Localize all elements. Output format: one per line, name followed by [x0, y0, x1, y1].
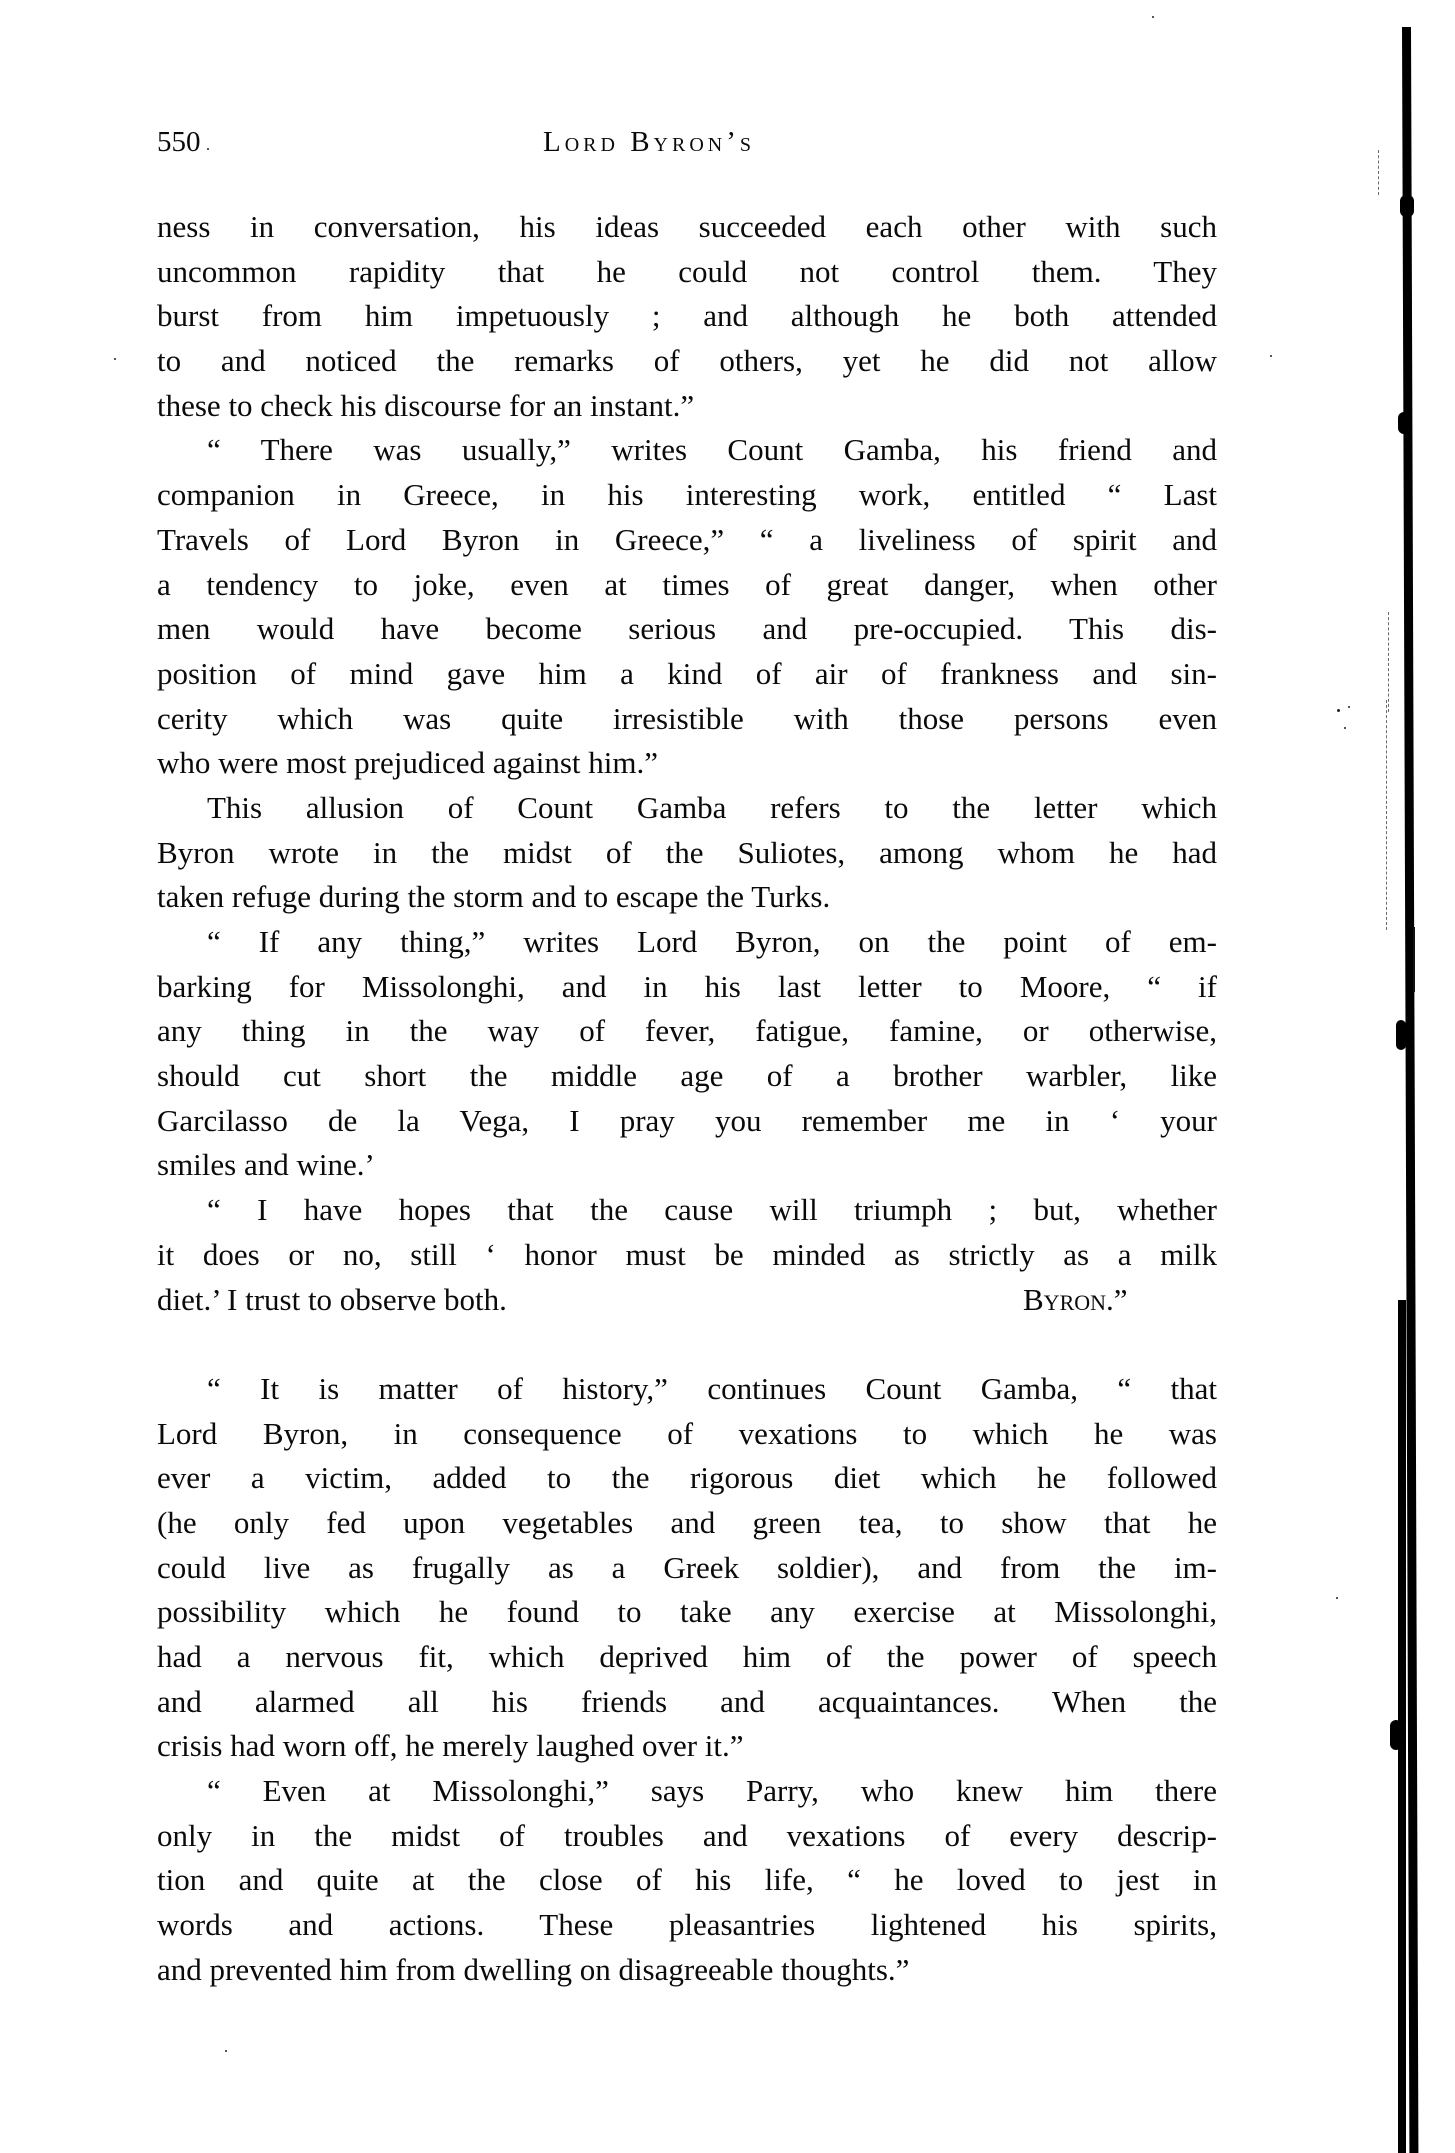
- text-line: could live as frugally as a Greek soldie…: [157, 1546, 1217, 1591]
- text-line: “ Even at Missolonghi,” says Parry, who …: [157, 1769, 1217, 1814]
- scan-mark: [1413, 927, 1416, 992]
- text-line: “ It is matter of history,” continues Co…: [157, 1367, 1217, 1412]
- binding-notch: [1390, 1720, 1402, 1750]
- text-line: “ I have hopes that the cause will trium…: [157, 1188, 1217, 1233]
- text-line: and prevented him from dwelling on disag…: [157, 1948, 1217, 1993]
- text-line: “ If any thing,” writes Lord Byron, on t…: [157, 920, 1217, 965]
- paragraph-letter-to-moore: “ If any thing,” writes Lord Byron, on t…: [157, 920, 1217, 1188]
- text-line: to and noticed the remarks of others, ye…: [157, 339, 1217, 384]
- scan-speck: [207, 148, 209, 150]
- paragraph-continued: ness in conversation, his ideas succeede…: [157, 205, 1217, 428]
- text-line: (he only fed upon vegetables and green t…: [157, 1501, 1217, 1546]
- text-line: cerity which was quite irresistible with…: [157, 697, 1217, 742]
- binding-notch: [1400, 195, 1414, 217]
- text-line: This allusion of Count Gamba refers to t…: [157, 786, 1217, 831]
- page-number: 550: [157, 122, 201, 162]
- paragraph-parry: “ Even at Missolonghi,” says Parry, who …: [157, 1769, 1217, 1992]
- text-line: any thing in the way of fever, fatigue, …: [157, 1009, 1217, 1054]
- scan-speck: [1348, 706, 1350, 708]
- paragraph-allusion: This allusion of Count Gamba refers to t…: [157, 786, 1217, 920]
- text-line: only in the midst of troubles and vexati…: [157, 1814, 1217, 1859]
- text-line: a tendency to joke, even at times of gre…: [157, 563, 1217, 608]
- text-line: crisis had worn off, he merely laughed o…: [157, 1724, 1217, 1769]
- running-head: 550 Lord Byron’s: [157, 122, 1217, 162]
- running-title: Lord Byron’s: [543, 122, 755, 162]
- paragraph-hopes: “ I have hopes that the cause will trium…: [157, 1188, 1217, 1322]
- body-text: ness in conversation, his ideas succeede…: [157, 205, 1217, 1993]
- blank-line: [157, 1322, 1217, 1367]
- scan-speck: [1337, 709, 1340, 712]
- text-line: should cut short the middle age of a bro…: [157, 1054, 1217, 1099]
- text-line: possibility which he found to take any e…: [157, 1590, 1217, 1635]
- scan-mark: [1386, 700, 1388, 930]
- text-line: ness in conversation, his ideas succeede…: [157, 205, 1217, 250]
- text-line: companion in Greece, in his interesting …: [157, 473, 1217, 518]
- text-line: Lord Byron, in consequence of vexations …: [157, 1412, 1217, 1457]
- text-line: burst from him impetuously ; and althoug…: [157, 294, 1217, 339]
- text-line: Garcilasso de la Vega, I pray you rememb…: [157, 1099, 1217, 1144]
- binding-notch: [1396, 1020, 1406, 1050]
- text-line: Travels of Lord Byron in Greece,” “ a li…: [157, 518, 1217, 563]
- signature-line: diet.’ I trust to observe both. Byron.”: [157, 1278, 1217, 1323]
- scan-speck: [225, 2050, 227, 2052]
- signature: Byron.”: [1023, 1278, 1128, 1323]
- text-line: diet.’ I trust to observe both.: [157, 1282, 507, 1317]
- text-line: taken refuge during the storm and to esc…: [157, 875, 1217, 920]
- scan-speck: [1344, 727, 1346, 729]
- text-line: “ There was usually,” writes Count Gamba…: [157, 428, 1217, 473]
- paragraph-matter-of-history: “ It is matter of history,” continues Co…: [157, 1367, 1217, 1769]
- text-line: these to check his discourse for an inst…: [157, 384, 1217, 429]
- binding-notch: [1398, 412, 1412, 434]
- scan-speck: [1270, 355, 1272, 357]
- text-line: it does or no, still ‘ honor must be min…: [157, 1233, 1217, 1278]
- text-line: Byron wrote in the midst of the Suliotes…: [157, 831, 1217, 876]
- text-line: smiles and wine.’: [157, 1143, 1217, 1188]
- paragraph-gamba-quote: “ There was usually,” writes Count Gamba…: [157, 428, 1217, 786]
- scan-mark: [1378, 150, 1380, 195]
- text-line: tion and quite at the close of his life,…: [157, 1858, 1217, 1903]
- text-line: ever a victim, added to the rigorous die…: [157, 1456, 1217, 1501]
- text-line: had a nervous fit, which deprived him of…: [157, 1635, 1217, 1680]
- text-line: and alarmed all his friends and acquaint…: [157, 1680, 1217, 1725]
- book-page: 550 Lord Byron’s ness in conversation, h…: [0, 0, 1455, 2153]
- text-line: words and actions. These pleasantries li…: [157, 1903, 1217, 1948]
- text-line: position of mind gave him a kind of air …: [157, 652, 1217, 697]
- scan-speck: [114, 358, 116, 360]
- scan-mark: [1388, 612, 1390, 712]
- text-line: who were most prejudiced against him.”: [157, 741, 1217, 786]
- scan-speck: [1336, 1597, 1338, 1599]
- text-line: men would have become serious and pre-oc…: [157, 607, 1217, 652]
- scan-speck: [1152, 16, 1154, 18]
- text-line: uncommon rapidity that he could not cont…: [157, 250, 1217, 295]
- text-line: barking for Missolonghi, and in his last…: [157, 965, 1217, 1010]
